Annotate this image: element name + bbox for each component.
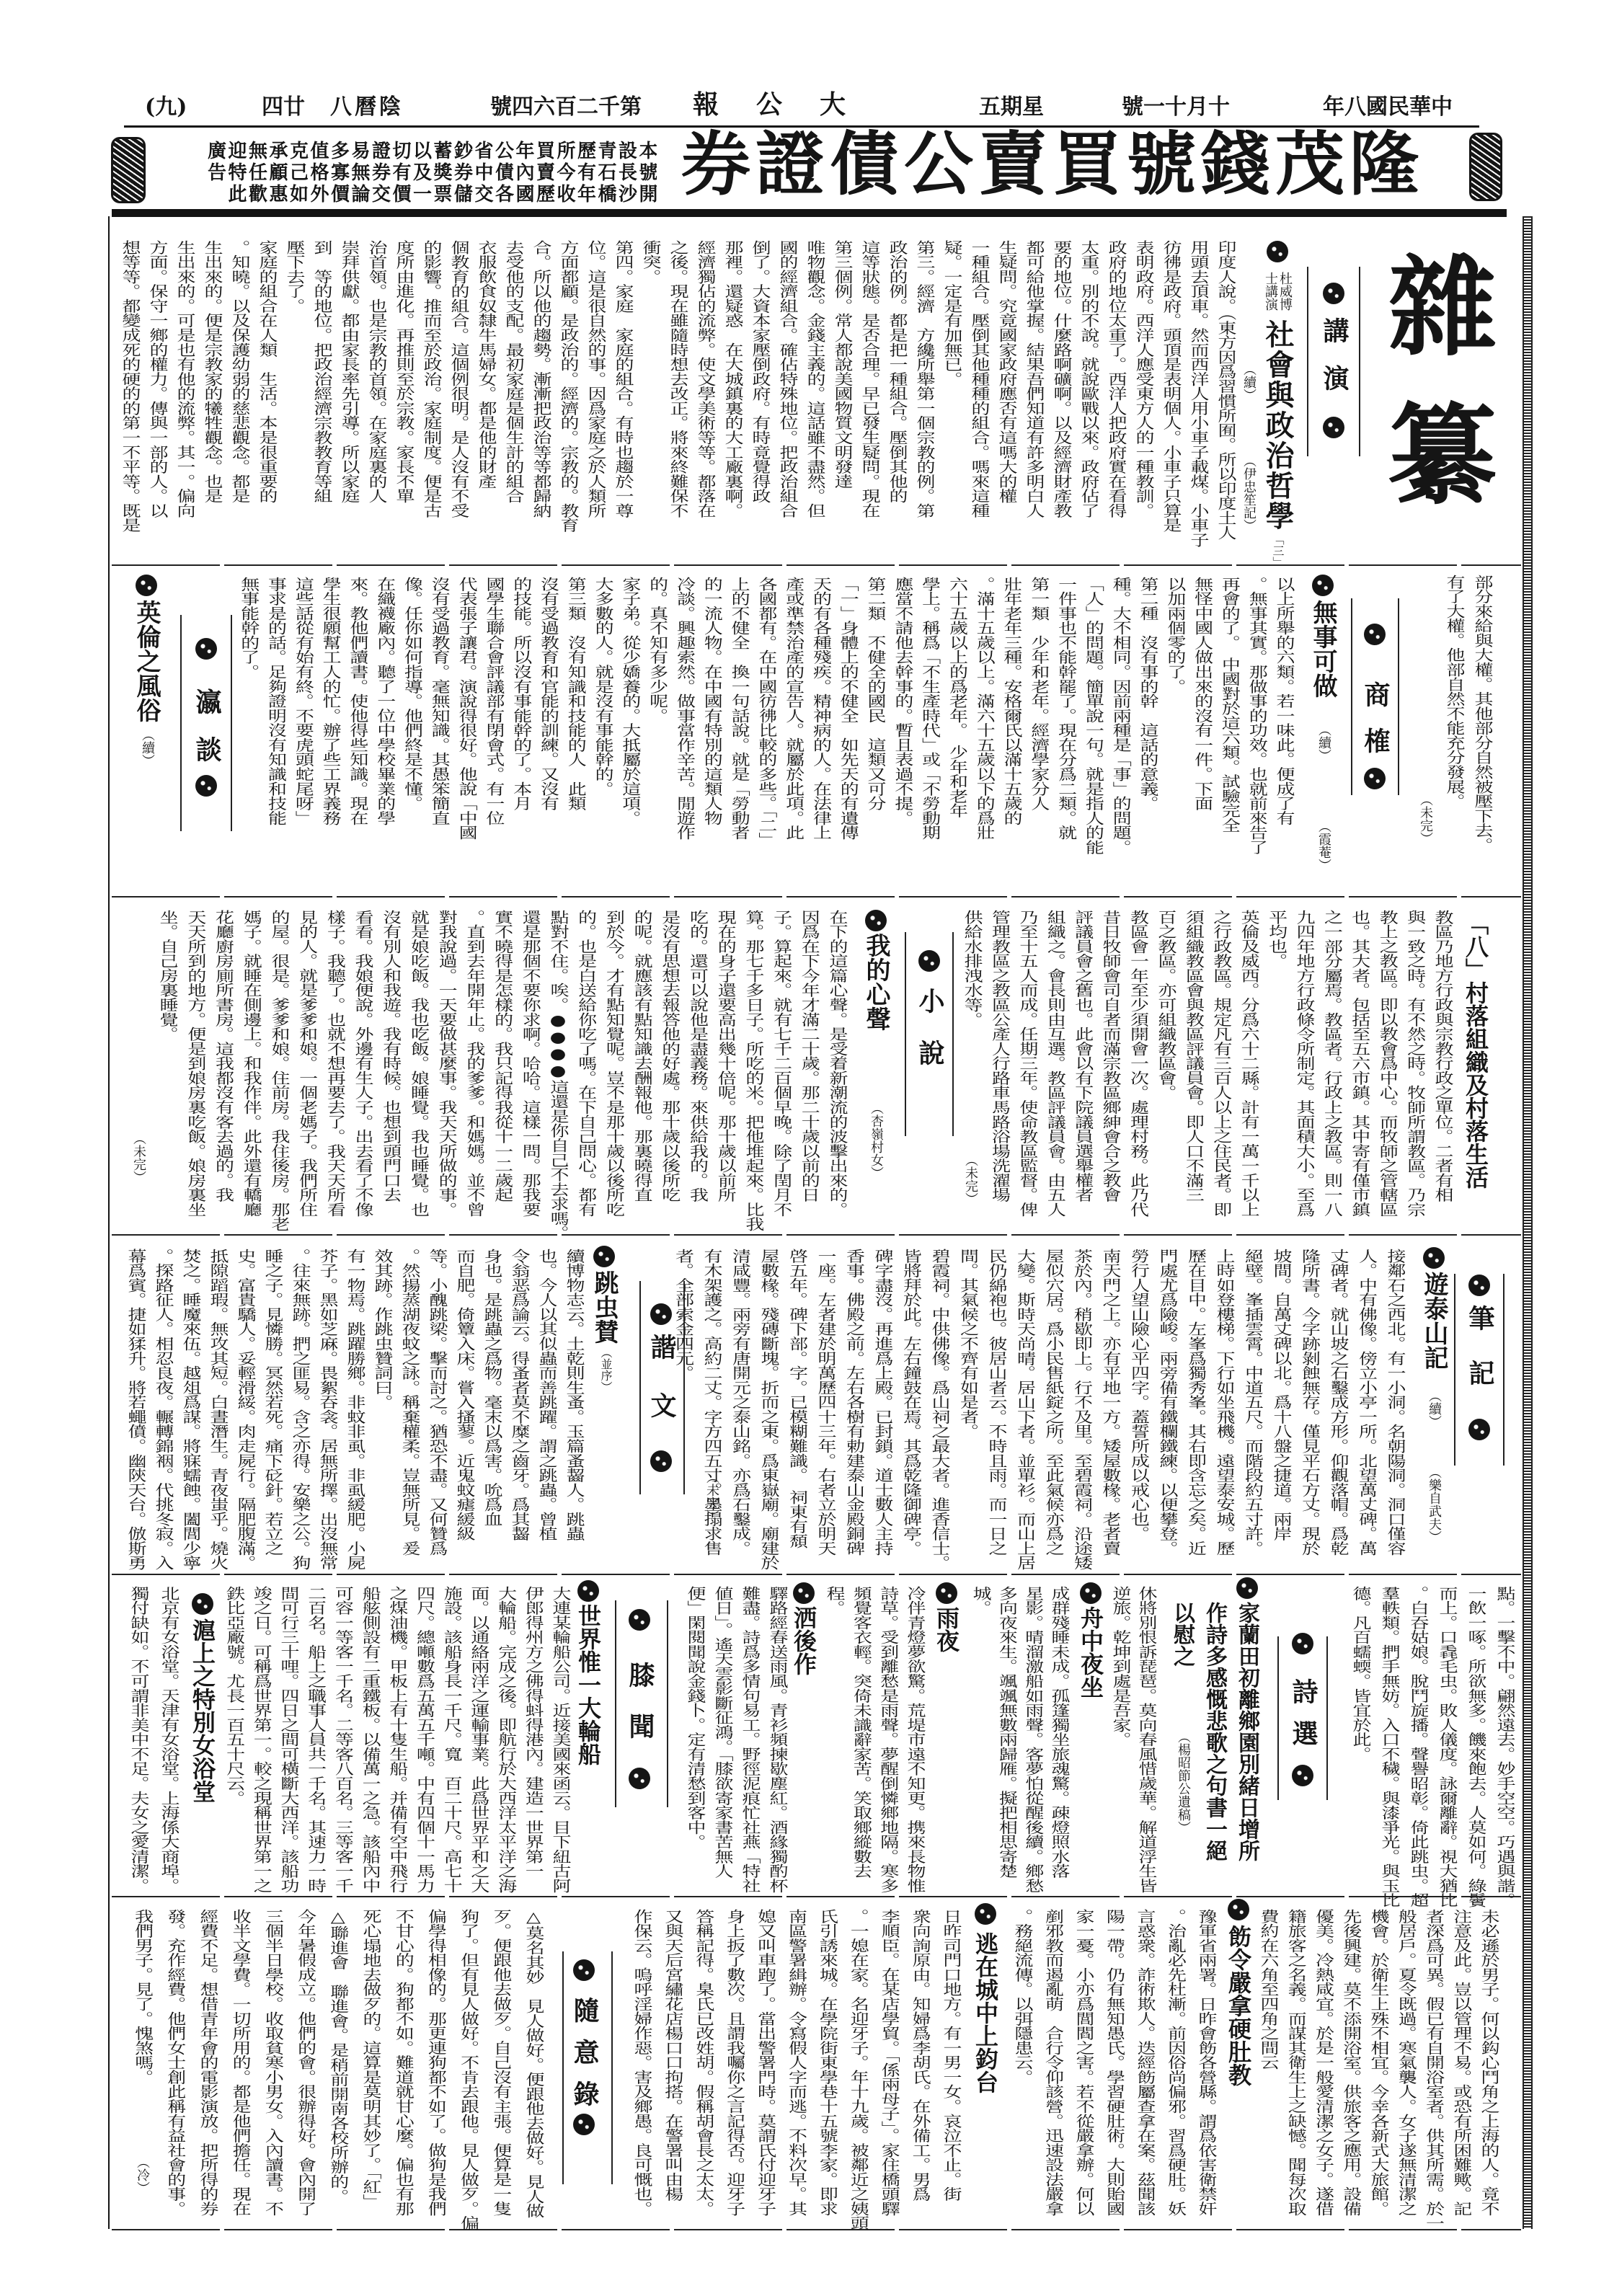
text-column: 收半文學費。一切所用的。都是他們擔任。現在 xyxy=(223,1909,256,2233)
text-column: 第三。經濟 方纔所舉第一個宗教的例。第 xyxy=(910,240,938,564)
notes-status: （未完） xyxy=(704,1471,719,1522)
text-column: 。直到去年開年止。我的爹爹。和媽媽。並不曾 xyxy=(460,910,488,1233)
text-column: 昔日牧師會司自者而滿宗教區鄉紳會合之教會 xyxy=(1096,910,1124,1233)
text-column: 實不曉得是怎樣的。我只記得我從十一二歲起 xyxy=(488,910,516,1233)
travel-talk-cont-mark: （續） xyxy=(140,728,154,767)
novel-body: 在下的這篇心聲。是受着新潮流的波擊出來的。因爲在下今年才滿二十歲。那二十歲以前的… xyxy=(153,910,851,1233)
text-column: 學上。稱爲「不生產時代」或「不勞動期 xyxy=(916,577,943,900)
text-column: 死心塌地去做歹的。這算是莫明其妙了。「紅」 xyxy=(354,1909,386,2233)
seal-ornament-icon xyxy=(650,1450,672,1472)
text-column: 在下的這篇心聲。是受着新潮流的波擊出來的。 xyxy=(823,910,851,1233)
text-column: 獨付缺如。不可謂非美中不足。夫女之愛清潔。 xyxy=(123,1586,154,1910)
news-4-body: 日昨司門口地方。有一男一女。哀泣不止。街衆向詢原由。知婦爲李胡氏。在外備工。男爲… xyxy=(626,1909,966,2233)
text-column: 太重。別的不說。就說歐戰以來。政府佔了 xyxy=(1075,240,1102,564)
text-column: 隆所書。今字跡剝蝕無存。僅見平石方丈。現於 xyxy=(1295,1249,1324,1572)
text-column: 幕爲賓。捷如猱升。將若蠅僨。幽陝天台。倣斯勇 xyxy=(122,1249,149,1572)
text-column: 歹。便跟他去做歹。自己沒有主張。便算是一隻 xyxy=(484,1909,517,2233)
text-column: 鉄比亞廠號。尤長一百五十尺云。 xyxy=(220,1586,247,1910)
text-column: 這等狀態。是否合理。早已發生疑問。現在 xyxy=(856,240,883,564)
poem-1-author: （楊昭節公遺稿） xyxy=(1176,1730,1190,1834)
text-column: 衣服飲食奴隸牛馬婦女。都是他的財產 xyxy=(472,240,500,564)
seal-ornament-icon xyxy=(1312,575,1334,596)
text-column: 接鄰石之西北。有一小洞。名朝陽洞。洞口僅容 xyxy=(1381,1249,1409,1572)
village-status: （未完） xyxy=(963,1153,978,1205)
text-column: 去受他的支配。最初家庭是個生計的組合 xyxy=(500,240,527,564)
text-column: 天的有各種殘疾。精神病的人。在法律上 xyxy=(807,577,834,900)
notes-label: 筆記 xyxy=(1465,1305,1494,1414)
text-column: 教上之教區。即以教會爲中心。而牧師之管轄區 xyxy=(1373,910,1401,1233)
text-column: 方面。保守一鄉的權力。傳與一部的人。以 xyxy=(143,240,171,564)
text-column: 注意及此。豈以管理不易。或恐有所困難歟。記 xyxy=(1448,1909,1475,2233)
tier-rule-1 xyxy=(112,564,1521,566)
seal-ornament-icon xyxy=(918,950,940,972)
seal-ornament-icon xyxy=(1423,1247,1445,1269)
seal-ornament-icon xyxy=(865,910,887,931)
text-column: 勞行人望山險心平四字。蓋誓所成以戒心也。 xyxy=(1124,1249,1153,1572)
text-column: 人。中有佛像。傍立小亭一所。北望萬丈碑。萬 xyxy=(1352,1249,1381,1572)
text-column: 有一物焉。跳躍勝鄉。非蚊非虱。非虱緩肥。小屍 xyxy=(341,1249,368,1572)
text-column: 家一憂。小亦爲閭閻之害。若不從嚴拿辦。何以 xyxy=(1068,1909,1099,2233)
seal-ornament-icon xyxy=(629,1609,650,1631)
text-column: 見的人。就是爹爹和娘。一個老媽子。我們所住 xyxy=(293,910,321,1233)
text-column: 之一部分屬焉。教區者。行政上之教區。則一八 xyxy=(1318,910,1345,1233)
text-column: 南區警署緝辦。令寫假人字而逃。不料次早。其 xyxy=(781,1909,812,2233)
text-column: 冷談。興趣索然。做事當作辛苦。閒遊作 xyxy=(670,577,698,900)
text-column: 無事能幹的了。 xyxy=(234,577,262,900)
text-column: 三個半日學校。收取貧寒小男女。入內讀書。不 xyxy=(256,1909,288,2233)
text-column: 衝突。 xyxy=(637,240,664,564)
text-column: 度所由進化。再推則至於宗教。家長不單 xyxy=(390,240,417,564)
text-column: 史。富貴驕人。妥輕滑綏。肉走屍行。隔肥腹滿。 xyxy=(231,1249,259,1572)
text-column: 的。真不知有多少呢。 xyxy=(643,577,670,900)
lecture-cont-mark: （續） xyxy=(1241,363,1256,402)
text-column: 第二類 不健全的國民 這類又可分 xyxy=(861,577,888,900)
text-column: 沒有別人和我遊。我有時候。也想到頭門口去 xyxy=(376,910,404,1233)
text-column: 機會。於衛生上殊不相宜。今幸各新式大旅館。 xyxy=(1365,1909,1392,2233)
text-column: 來。教他們讀書。使他得些知識。現在 xyxy=(343,577,371,900)
novel-status: （未完） xyxy=(131,1132,146,1184)
text-column: 天天所到的地方。便是到娘房裏吃飯。娘房裏坐 xyxy=(181,910,209,1233)
text-column: 星影。晴溜激船如雨聲。客夢怕從醒後續。鄉愁 xyxy=(1019,1586,1045,1910)
seal-ornament-icon xyxy=(793,1582,815,1604)
news-4-title: 逃在城中上鈞台 xyxy=(972,1932,998,2093)
discussion-body: 以上所舉的六類。若一味此。便成了有。無事其實。那做事的功效。也就前來告了再會的了… xyxy=(234,577,1297,900)
discussion-author: （霞菴） xyxy=(1316,820,1331,872)
text-column: 倒了。大資本家壓倒政府。有時竟覺得政 xyxy=(746,240,774,564)
seal-ornament-icon xyxy=(1267,241,1288,262)
text-column: 續博物志云。土乾則生蚤。玉篇蚤齧人。跳蟲 xyxy=(560,1249,588,1572)
text-column: 以加兩個零的了。 xyxy=(1161,577,1188,900)
text-column: 看看。我娘便說。外邊有生人子。出去看了不像 xyxy=(348,910,376,1233)
text-column: 那裡。還疑惑 在大城鎮裏的大工廠裏啊。 xyxy=(719,240,746,564)
text-column: 乃至十五人而成。任期三年。使命教區監督。俾 xyxy=(1014,910,1041,1233)
poem-4-body: 驛路經春送雨風。青衫頻揀歇塵紅。酒緣獨酌杯難盡。詩爲多情句易工。野徑泥痕忙社燕「… xyxy=(681,1586,791,1910)
text-column: 印度人說。（東方因爲習慣所囿。所以印度土人 xyxy=(1212,240,1239,564)
text-column: 教區會一年至少須開會一次。處理村務。此乃代 xyxy=(1124,910,1151,1233)
text-column: 驛路經春送雨風。青衫頻揀歇塵紅。酒緣獨酌杯 xyxy=(763,1586,791,1910)
text-column: 休將別恨訴琵琶。莫向春風惜歲華。解道浮生皆 xyxy=(1133,1586,1159,1910)
text-column: 作保云。嗚呼淫婦作惡。害及鄉愚。良可慨也。 xyxy=(626,1909,657,2233)
village-body: 教區乃地方行政與宗教行政之單位。二者有相與一致之時。有不然之時。牧師所謂教區。乃… xyxy=(958,910,1456,1233)
text-column: 花廳廚房廁所書房。這我都沒有客去過的。我 xyxy=(209,910,237,1233)
text-column: 四尺。總噸數爲五萬五千噸。中有四個十一馬力 xyxy=(410,1586,438,1910)
text-column: 大輪船。完成之後。即航行於大西洋太平洋之海 xyxy=(492,1586,519,1910)
masthead-year: 中華民國八年 xyxy=(1323,95,1453,120)
text-column: 就是娘吃飯。我也吃飯。娘睡覺。我也睡覺。也 xyxy=(404,910,433,1233)
text-column: 身也。是跳蟲之爲物。毫末以爲害。吮爲血 xyxy=(478,1249,505,1572)
text-column: 現在的身子還要高出幾十倍呢。那十歲以前所 xyxy=(711,910,739,1233)
text-column: 値日」。遙天雲影斷征鴻。「膝欲寄家書苦無人 xyxy=(709,1586,736,1910)
seal-ornament-icon xyxy=(577,1580,599,1602)
text-column: 媳又叫車跑了。當出警署門時。莫謂氏付迎牙子 xyxy=(750,1909,781,2233)
text-column: 。治亂必先杜漸。前因俗尚偏邪。習爲硬肚。妖 xyxy=(1160,1909,1191,2233)
text-column: 。務絕流傳。以弭隱患云。 xyxy=(1007,1909,1038,2233)
discussion-cont-mark: （續） xyxy=(1316,723,1331,762)
text-column: 合。所以他的趨勢。漸漸把政治等等都歸納 xyxy=(527,240,554,564)
section-title-miscellany: 雜纂 xyxy=(1375,250,1490,546)
lecture-status: （未完） xyxy=(1418,793,1432,845)
text-column: 政府的地位太重了。西洋人把政府實在看得 xyxy=(1102,240,1130,564)
text-column: 剷邪教而遏亂萌 合行令仰該營。迅速設法嚴拿 xyxy=(1037,1909,1068,2233)
text-column: △莫名其妙 見人做好。便跟他去做好。見人做 xyxy=(517,1909,549,2233)
news-2-body: 北京有女浴堂。天津有女浴堂。上海係大商埠。獨付缺如。不可謂非美中不足。夫女之愛清… xyxy=(123,1586,184,1910)
random-notes-signature: （冷） xyxy=(135,2155,149,2194)
lecture-part: 「三」 xyxy=(1270,533,1285,568)
text-column: 睡之子。見憐勝。冥然若死。痛下砭針。若立之 xyxy=(259,1249,286,1572)
seal-ornament-icon xyxy=(136,575,157,596)
text-column: 也。今人以其似蟲而善跳躍。謂之跳蟲。曾植 xyxy=(533,1249,560,1572)
text-column: 對我說過。一天要做甚麼事。我天天所做的事。 xyxy=(432,910,460,1233)
seal-ornament-icon xyxy=(1323,417,1344,438)
text-column: 種。大不相同。因前兩種是「事」的問題。 xyxy=(1106,577,1133,900)
text-column: 皆將拜於此。左右鐘鼓在焉。其爲乾隆御碑亭。 xyxy=(896,1249,925,1572)
text-column: 因爲在下今年才滿二十歲。那二十歲以前的日 xyxy=(795,910,823,1233)
seal-ornament-icon xyxy=(1468,1419,1490,1440)
text-column: 學生很願幫工人的忙。辦了些工界義務 xyxy=(316,577,343,900)
tier-rule-4 xyxy=(112,1574,1521,1575)
poem-3-body: 冷伴青燈夢欲驚。荒堤市遠不知更。携來長物惟詩草。受到離愁是雨聲。夢醒倒憐鄉地隔。… xyxy=(820,1586,928,1910)
text-column: 家庭的組合在人類 生活。本是很重要的 xyxy=(253,240,280,564)
text-column: 想等等。都變成死的硬的的第一不平等。既是 xyxy=(116,240,143,564)
masthead-date: 十月十一號 xyxy=(1122,95,1230,120)
novel-label: 小說 xyxy=(915,988,944,1091)
notes-author: （樂自武夫） xyxy=(1427,1466,1441,1543)
text-column: 茶於內。稍歇即上。行不及里。至碧霞祠。沿途矮 xyxy=(1067,1249,1096,1572)
text-column: 坡間。自萬丈碑以北。爲十八盤之捷道。兩岸 xyxy=(1267,1249,1295,1572)
text-column: 多向夜來生。颯颯無數兩歸雁。擬把相思寄楚 xyxy=(993,1586,1019,1910)
text-column: 。探路征人。相忍良夜。輾轉錦裀。代挑冬寂。入 xyxy=(149,1249,177,1572)
text-column: 生疑問。究竟國家政府應否有這嗎大的權 xyxy=(993,240,1020,564)
humor-ending: 點。一擊不中。翩然遠去。妙手空空。巧遇與諧。一飲一啄。所欲無多。饑來飽去。人莫如… xyxy=(1346,1586,1519,1910)
text-column: 可容一等客一千名。二等客八百名。三等客一千 xyxy=(329,1586,356,1910)
text-column: 治首領。也是宗教的首領。在家庭裏的人 xyxy=(363,240,390,564)
text-column: 「一」身體上的不健全 如先天的有遺傳 xyxy=(833,577,861,900)
text-column: 南天門之上。亦有平地一方。矮屋數椽。老者賣 xyxy=(1096,1249,1125,1572)
text-column: 政治的例。都是把一種組合。壓倒其他的 xyxy=(883,240,910,564)
seal-ornament-icon xyxy=(650,1303,672,1325)
humor-preface-mark: （並序） xyxy=(598,1347,613,1393)
text-column: 與一致之時。有不然之時。牧師所謂教區。乃宗 xyxy=(1401,910,1428,1233)
random-notes-label: 隨意錄 xyxy=(570,1997,598,2122)
text-column: 的技能。所以沒有事能幹的了。本月 xyxy=(507,577,534,900)
text-column: 日昨司門口地方。有一男一女。哀泣不止。街 xyxy=(935,1909,966,2233)
text-column: 焚之。睡魔來伍。越俎爲謀。將寐蠕蝕。闔閭少寧 xyxy=(177,1249,204,1572)
text-column: 方面都顧。是政治的。經濟的。宗教的。教育 xyxy=(554,240,582,564)
poem-3-title: 雨夜 xyxy=(934,1606,960,1652)
text-column: 城。 xyxy=(967,1586,993,1910)
text-column: 表明政府。西洋人應受東方人的一種教訓。 xyxy=(1130,240,1157,564)
text-column: 面。以通絡兩洋之運輸事業。此爲世界平和之大 xyxy=(464,1586,492,1910)
text-column: 「人」的問題。簡單說一句。就是指人的能 xyxy=(1079,577,1107,900)
text-column: 還是那個不要你求啊。哈哈。這樣一問。那我要 xyxy=(516,910,544,1233)
text-column: 答稱記得。臬氏已改姓胡。假稱胡會長之太太。 xyxy=(688,1909,719,2233)
text-column: 生出來的。便是宗教家的犧牲觀念。也是 xyxy=(198,240,226,564)
text-column: 代表張子讓君。演說得很好。他說「中國 xyxy=(452,577,479,900)
text-column: 第四。家庭 家庭的組合。有時也趨於一尊 xyxy=(609,240,637,564)
seal-ornament-icon xyxy=(975,1903,996,1925)
news-3-body: 豫軍省兩署。日昨會飭各營縣。謂爲依害衛禁奸。治亂必先杜漸。前因俗尚偏邪。習爲硬肚… xyxy=(1006,1909,1221,2233)
seal-ornament-icon xyxy=(1236,1577,1258,1599)
text-column: 經費不足。想借青年會的電影演放。把所得的券 xyxy=(191,1909,223,2233)
text-column: 碑字盡沒。再進爲上殿。已封鎖。道士數人主持 xyxy=(868,1249,897,1572)
text-column: 上的不健全 換一句話說。就是「勞動者 xyxy=(724,577,752,900)
right-border-strip xyxy=(1523,216,1533,2229)
text-column: 組織之。會長則由互選。教區評議員會。由五人 xyxy=(1041,910,1068,1233)
left-border-line xyxy=(108,216,110,2229)
text-column: 今年暑假成立。他們的會。很辦得好。會內開了 xyxy=(288,1909,321,2233)
text-column: 這些話從有始有終。不要虎頭蛇尾呀」 xyxy=(289,577,316,900)
text-column: 疑。一定是有加無已。 xyxy=(938,240,965,564)
text-column: 點。一擊不中。翩然遠去。妙手空空。巧遇與諧。 xyxy=(1490,1586,1519,1910)
text-column: 要的地位。什麼路啊礦啊。以及經濟財產教 xyxy=(1047,240,1075,564)
text-column: 逆旅。乾坤到處是吾家。 xyxy=(1107,1586,1133,1910)
text-column: 李順臣。在某店學貿。「係兩母子」。家住橋頭驛 xyxy=(873,1909,904,2233)
text-column: 抵隙蹈瑕。無攻其短。白晝潛生。青夜蚩乎。燒火 xyxy=(204,1249,231,1572)
text-column: 在織襪廠內。聽了一位中學校畢業的學 xyxy=(371,577,398,900)
news-2-title: 滬上之特別女浴堂 xyxy=(190,1618,216,1803)
text-column: 評議員會之舊也。此會以有下院議員選舉權者 xyxy=(1068,910,1096,1233)
text-column: 到 等的地位。把政治經濟宗教教育等組 xyxy=(308,240,335,564)
text-column: 碧霞祠。中供佛像。爲山祠之最大者。進香信士。 xyxy=(925,1249,954,1572)
village-title: 「八」村落組織及村落生活 xyxy=(1463,912,1489,1189)
text-column: 教區乃地方行政與宗教行政之單位。二者有相 xyxy=(1429,910,1456,1233)
text-column: 平均也。 xyxy=(1262,910,1290,1233)
lecture-speaker: 杜威博士講演 xyxy=(1263,272,1292,312)
text-column: 的一流人物。在中國有特別的這類人物 xyxy=(697,577,724,900)
text-column: 。白吞姑娘。脫鬥旋播。聲譽昭彰。倚此跳虫。超 xyxy=(1404,1586,1432,1910)
seal-ornament-icon xyxy=(1228,1899,1249,1920)
text-column: 百之教區。亦可組織教區會。 xyxy=(1152,910,1179,1233)
text-column: 。然揚蒸湖夜蚊之詠。稱棄權柔。豈無所見。爰 xyxy=(396,1249,423,1572)
lecture-body: 印度人說。（東方因爲習慣所囿。所以印度土人用頭去頂車。然而西洋人用小車子載煤。小… xyxy=(116,240,1239,564)
title-column: 作詩多感慨悲歌之句書一絕 xyxy=(1198,1602,1231,1890)
text-column: 豫軍省兩署。日昨會飭各營縣。謂爲依害衛禁奸 xyxy=(1191,1909,1222,2233)
seal-ornament-icon xyxy=(1364,768,1386,789)
seal-ornament-icon xyxy=(1364,624,1386,645)
text-column: 而上。口毳毛虫。敗人儀度。詠爾離辭。視大猶比 xyxy=(1432,1586,1461,1910)
text-column: 再會的了。 中國對於這六類。試驗完全 xyxy=(1215,577,1243,900)
text-column: 事求是的話。足夠證明沒有知識和技能 xyxy=(262,577,289,900)
text-column: 第三個例。常人都說美國物質文明發達 xyxy=(828,240,856,564)
text-column: 無怪中國人做出來的沒有一件。下面 xyxy=(1188,577,1215,900)
text-column: 先後興建。莫不添開浴室。供旅客之應用。設備 xyxy=(1337,1909,1365,2233)
text-column: 一座。左者建於明萬歷四十三年。右者立於明天 xyxy=(811,1249,840,1572)
left-ornament-icon xyxy=(111,137,146,203)
text-column: 有木架護之。高約二丈。字方四五寸。墨搨求售 xyxy=(697,1249,726,1572)
news-3-title: 飭令嚴拿硬肚教 xyxy=(1226,1925,1251,2086)
seal-ornament-icon xyxy=(1292,1633,1313,1654)
notes-body: 接鄰石之西北。有一小洞。名朝陽洞。洞口僅容人。中有佛像。傍立小亭一所。北望萬丈碑… xyxy=(668,1249,1409,1572)
text-column: 沒有受過教育。毫無知識。其愚笨簡直 xyxy=(425,577,453,900)
poem-1-body: 休將別恨訴琵琶。莫向春風惜歲華。解道浮生皆逆旅。乾坤到處是吾家。 xyxy=(1107,1586,1159,1910)
ad-headline: 隆茂錢號買賣公債證券 xyxy=(681,128,1424,200)
text-column: 唯物觀念。金錢主義的。這話雖不盡然。但 xyxy=(801,240,828,564)
text-column: 間。其氣候之不齊有如是者。 xyxy=(953,1249,982,1572)
text-column: 管理教區之教區公產人行路車馬路浴場洗濯場 xyxy=(985,910,1013,1233)
newspaper-page: 中華民國八年 十月十一號 星期五 大公報 第千二百六四號 陰曆八 廿四 (九) … xyxy=(0,0,1622,2296)
text-column: 等。小醜跳梁。擊而討之。猶恐不盡。又何贊爲 xyxy=(423,1249,451,1572)
seal-ornament-icon xyxy=(1080,1582,1102,1604)
news-2-body-continued: 未必遜於男子。何以鈎心鬥角之上海的人。竟不注意及此。豈以管理不易。或恐有所困難歟… xyxy=(1254,1909,1502,2233)
text-column: 大變。斯時天尚晴。居山下者。並單衫。而山上居 xyxy=(1010,1249,1039,1572)
text-column: 生出來的。可是也有他的流弊。其一。偏向 xyxy=(171,240,198,564)
text-column: 壓下去了。 xyxy=(280,240,308,564)
text-column: 不甘心的。狗都不如。難道就甘心麼。偏也有那 xyxy=(386,1909,419,2233)
masthead-weekday: 星期五 xyxy=(979,95,1044,120)
text-column: 丈碑者。就山坡之石鑿成方形。仰觀落帽。爲乾 xyxy=(1324,1249,1352,1572)
discussion-title: 無事可做 xyxy=(1309,600,1337,698)
text-column: 產或準禁治產的宣告人。就屬於此項。此 xyxy=(779,577,807,900)
text-column: 頻覺客衣輕。突倚未識辭家苦。笑取鄉縱數去 xyxy=(847,1586,874,1910)
text-column: 而自肥。倚簟入床。嘗入搔蓼。近鬼蚊瘧緩級 xyxy=(451,1249,478,1572)
text-column: 。往來無跡。捫之匪易。含之亦得。安樂之公。狗 xyxy=(286,1249,314,1572)
text-column: 像。任你如何指導。他們終是不懂。 xyxy=(398,577,425,900)
text-column: 狗了。但有見人做好。不肯去跟他。見人做歹。偏 xyxy=(451,1909,484,2233)
text-column: 陽一帶。仍有無知愚氏。學習硬肚術。大則貽國 xyxy=(1099,1909,1130,2233)
text-column: 第三類 沒有知識和技能的人 此類 xyxy=(561,577,588,900)
text-column: 詩草。受到離愁是雨聲。夢醒倒憐鄉地隔。寒多 xyxy=(874,1586,900,1910)
text-column: 羣軼類。捫手無妨。入口不穢。與漆爭光。與玉比 xyxy=(1375,1586,1404,1910)
text-column: 個教育的組合。這個例很明。是人沒有不受 xyxy=(445,240,472,564)
text-column: 的影響。推而至於政治。家庭制度。便是古 xyxy=(417,240,445,564)
text-column: 一種組合。壓倒其他種種的組合。嗎來這種 xyxy=(965,240,993,564)
text-column: 德。凡百蠕蝡。皆宜於此。 xyxy=(1346,1586,1375,1910)
text-column: 效其跡。作跳虫贊詞曰。 xyxy=(368,1249,396,1572)
text-column: 彷彿是政府。頭頂是表明個人。小車子只算是 xyxy=(1157,240,1184,564)
text-column: 的。也是白送給你吃了嗎。在下自己問心。都有 xyxy=(572,910,600,1233)
text-column: 到於今。才有點知覺呢。豈不是那十歲以後所吃 xyxy=(600,910,628,1233)
page-number: (九) xyxy=(145,95,187,120)
discussion-label: 商榷 xyxy=(1360,681,1389,774)
masthead-lunar-day: 廿四 xyxy=(262,95,305,120)
text-column: 門處尤爲險峻。兩旁備有鐵欄鐵練。以便攀登。 xyxy=(1153,1249,1182,1572)
text-column: 之煤油機。甲板上有十隻生船。并備有空中飛行 xyxy=(383,1586,410,1910)
text-column: 部分來給與大權。其他部分自然被壓下去。 xyxy=(1468,575,1496,898)
seal-ornament-icon xyxy=(573,1959,595,1981)
right-ornament-icon xyxy=(1469,133,1502,201)
text-column: 算。那七千多日子。所吃的米。把他堆起來。比我 xyxy=(739,910,767,1233)
text-column: 一飲一啄。所欲無多。饑來飽去。人莫如何。綠鬢 xyxy=(1461,1586,1490,1910)
notes-title: 遊泰山記 xyxy=(1420,1272,1448,1370)
seal-ornament-icon xyxy=(195,638,217,660)
text-column: 國學生聯合會評議部有閉會式。有一位 xyxy=(479,577,507,900)
text-column: 難盡。詩爲多情句易工。野徑泥痕忙社燕「特社 xyxy=(736,1586,763,1910)
text-column: 氏引誘來城。在學院街東學巷十五號李家。即求 xyxy=(811,1909,842,2233)
text-column: 程。 xyxy=(820,1586,847,1910)
masthead-issue-number: 第千二百六四號 xyxy=(490,95,642,120)
text-column: 沒有受過教育和官能的訓練。又沒有 xyxy=(534,577,562,900)
text-column: 家子弟。從少嬌養的。大抵屬於這項。 xyxy=(616,577,643,900)
text-column: 香事。佛殿之前。左右各樹有勅建泰山金殿銅碑 xyxy=(839,1249,868,1572)
text-column: 應當不請他去幹事的。暫且表過不提。 xyxy=(888,577,916,900)
ad-body-text: 本號開設長沙青石橋歷有年所今收買賣歷年內國公債各省中交鈔券儲蓄獎票以及一切有價證… xyxy=(203,141,657,207)
seal-ornament-icon xyxy=(1292,1765,1313,1786)
poem-2-title: 舟中夜坐 xyxy=(1078,1606,1104,1698)
news-1-body: 大連某輪船公司。近接美國來函云。目下紐古阿伊郎得州方之佛得蚪得港內。建造一世界第… xyxy=(220,1586,573,1910)
humor-title: 跳虫賛 xyxy=(590,1270,618,1344)
seal-ornament-icon xyxy=(1468,1275,1490,1296)
notes-cont-mark: （續） xyxy=(1427,1389,1441,1428)
text-column: 子。算起來。就有七千二百個早晚。除了閏月不 xyxy=(767,910,795,1233)
text-column: 的屋。很是。爹爹和娘。住前房。我住後房。那老 xyxy=(265,910,293,1233)
poem-2-body: 成群殘睡未成。孤篷獨坐旅魂驚。疎燈照水落星影。晴溜激船如雨聲。客夢怕從醒後續。鄉… xyxy=(967,1586,1072,1910)
text-column: 第一類 少年和老年。經濟學家分人 xyxy=(1024,577,1052,900)
text-column: 冷伴青燈夢欲驚。荒堤市遠不知更。携來長物惟 xyxy=(901,1586,928,1910)
novel-author: （杏嶺村女） xyxy=(869,1102,883,1179)
random-notes-body: △莫名其妙 見人做好。便跟他去做好。見人做歹。便跟他去做歹。自己沒有主張。便算是… xyxy=(125,1909,549,2233)
news-1-title: 世界惟一大輪船 xyxy=(575,1604,601,1765)
seal-ornament-icon xyxy=(573,2114,595,2135)
text-column: 上時如登樓梯。下行如坐飛機。遠望泰安城。歷 xyxy=(1210,1249,1238,1572)
lecture-label: 講演 xyxy=(1319,317,1348,412)
text-column: 第二種 沒有事的幹 這話的意義。 xyxy=(1133,577,1161,900)
title-column: 家蘭田初離鄉園別緒日增所 xyxy=(1231,1602,1263,1890)
text-column: 經濟獨佔的流弊。使文學美術等等。都落在 xyxy=(691,240,719,564)
text-column: 用頭去頂車。然而西洋人用小車子載煤。小車子 xyxy=(1184,240,1212,564)
travel-talk-label: 瀛談 xyxy=(192,688,221,784)
text-column: 屋數椽。殘磚斷塊。折而之東。爲東嶽廟。廟建於 xyxy=(754,1249,783,1572)
text-column: 吃的。還可以說他是盡義務。來供給我的。我 xyxy=(683,910,712,1233)
text-column: 之後。現在雖隨時想去改正。將來終難保不 xyxy=(664,240,691,564)
text-column: 優美。冷熱咸宜。於是一般愛清潔之女子。遂借 xyxy=(1309,1909,1337,2233)
text-column: 九四年地方行政條令所制定。其面積大小。至爲 xyxy=(1290,910,1318,1233)
text-column: 樣子。我聽了。也就不想再要去了。我天天所看 xyxy=(321,910,349,1233)
text-column: 一件事也不能幹罷了。現在分爲二類。就 xyxy=(1052,577,1079,900)
text-column: 。無事其實。那做事的功效。也就前來告了 xyxy=(1242,577,1269,900)
text-column: 屋似穴居。爲小民售紙錠之所。至此氣候亦爲之 xyxy=(1039,1249,1068,1572)
text-column: 媽子。就睡在側邊上。和我作伴。此外還有轎廳 xyxy=(237,910,265,1233)
text-column: 伊郎得州方之佛得蚪得港內。建造一世界第一 xyxy=(519,1586,546,1910)
seal-ornament-icon xyxy=(936,1582,957,1604)
text-column: 啓五年。碑下部。字。已模糊難識。 祠東有頹 xyxy=(782,1249,811,1572)
text-column: 清咸豐。兩旁有唐開元之泰山銘。亦爲石鑿成。 xyxy=(725,1249,754,1572)
text-column: 大多數的人。就是沒有事能幹的。 xyxy=(588,577,616,900)
text-column: 。滿十五歲以上。滿六十五歲以下的爲壯 xyxy=(970,577,997,900)
text-column: 都可給他掌握。結果吾們知道有許多明白人 xyxy=(1020,240,1047,564)
text-column: 英倫及威西。分爲六十二縣。計有一萬一千以上 xyxy=(1235,910,1262,1233)
text-column: 之行政教區。規定凡有三百人以上之住民者。即 xyxy=(1207,910,1234,1233)
text-column: 。一媳在家。名迎牙子。年十九歲。被鄰近之姨頭 xyxy=(842,1909,873,2233)
seal-ornament-icon xyxy=(192,1593,213,1615)
text-column: 北京有女浴堂。天津有女浴堂。上海係大商埠。 xyxy=(154,1586,184,1910)
text-column: △聯進會 聯進會。是稍前開南各校所辦的。 xyxy=(322,1909,354,2233)
text-column: 又與天后宮繡花店楊口口拘搭。在警署叫由楊 xyxy=(657,1909,688,2233)
text-column: 壯年老年三種。安格爾氏以滿十五歲的 xyxy=(997,577,1024,900)
text-column: 衆向詢原由。知婦爲李胡氏。在外備工。男爲 xyxy=(904,1909,935,2233)
text-column: 成群殘睡未成。孤篷獨坐旅魂驚。疎燈照水落 xyxy=(1046,1586,1072,1910)
text-column: 言惑衆。詐術欺人。迭經飭屬查拿在案。茲聞該 xyxy=(1130,1909,1161,2233)
text-column: 身上扳了數次。且謂我囑你之言記得否。迎牙子 xyxy=(719,1909,750,2233)
